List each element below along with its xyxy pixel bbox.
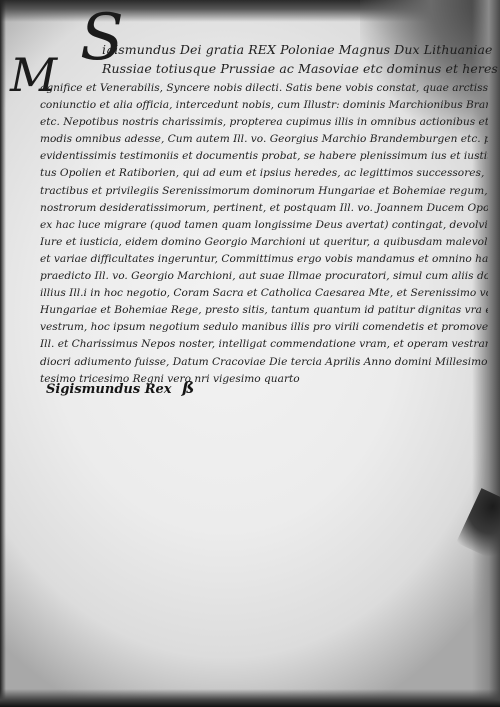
heading-line-1: igismundus Dei gratia REX Poloniae Magnu… [102,42,493,57]
body-line: ex hac luce migrare (quod tamen quam lon… [40,217,488,234]
scan-edge-bottom [0,689,500,707]
body-line: praedicto Ill. vo. Georgio Marchioni, au… [40,268,488,285]
manuscript-scan: S igismundus Dei gratia REX Poloniae Mag… [0,0,500,707]
body-line: et variae difficultates ingeruntur, Comm… [40,251,488,268]
body-line: tractibus et privilegiis Serenissimorum … [40,183,488,200]
body-line: coniunctio et alia officia, intercedunt … [40,97,488,114]
body-line: Ill. et Charissimus Nepos noster, intell… [40,336,488,353]
letter-body: agnifice et Venerabilis, Syncere nobis d… [40,80,488,388]
royal-signature: Sigismundus Rex ß [46,378,194,397]
body-line: tus Opolien et Ratiborien, qui ad eum et… [40,165,488,182]
body-line: evidentissimis testimoniis et documentis… [40,148,488,165]
signature-mark: ß [182,378,194,397]
body-line: agnifice et Venerabilis, Syncere nobis d… [40,80,488,97]
heading-line-2: Russiae totiusque Prussiae ac Masoviae e… [102,61,498,76]
signature-name: Sigismundus Rex [46,382,172,397]
body-line: modis omnibus adesse, Cum autem Ill. vo.… [40,131,488,148]
body-line: Hungariae et Bohemiae Rege, presto sitis… [40,302,488,319]
letter-heading: S igismundus Dei gratia REX Poloniae Mag… [80,6,480,76]
body-line: illius Ill.i in hoc negotio, Coram Sacra… [40,285,488,302]
body-line: diocri adiumento fuisse, Datum Cracoviae… [40,354,488,371]
body-line: nostrorum desideratissimorum, pertinent,… [40,200,488,217]
body-line: Iure et iusticia, eidem domino Georgio M… [40,234,488,251]
body-line: etc. Nepotibus nostris charissimis, prop… [40,114,488,131]
scan-edge-left [0,0,6,707]
body-line: vestrum, hoc ipsum negotium sedulo manib… [40,319,488,336]
